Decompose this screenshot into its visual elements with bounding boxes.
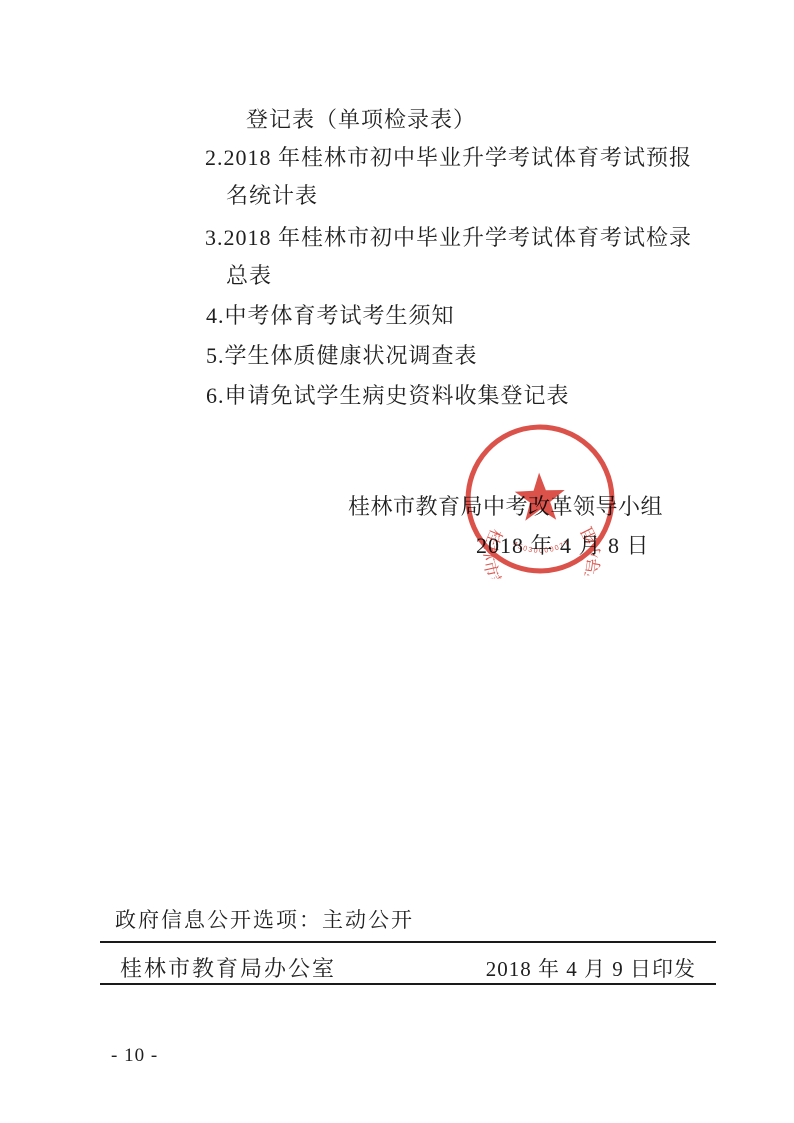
footer-rule-bottom (100, 983, 716, 985)
attachment-item-4: 4.中考体育考试考生须知 (206, 303, 455, 329)
seal-code: 45030000077 (511, 538, 572, 556)
disclosure-option-line: 政府信息公开选项：主动公开 (115, 904, 414, 934)
attachment-item-5: 5.学生体质健康状况调查表 (206, 343, 478, 369)
attachment-item-2: 2.2018 年桂林市初中毕业升学考试体育考试预报 (205, 145, 692, 171)
footer-rule-top (100, 941, 716, 943)
attachment-item-2-wrap: 名统计表 (226, 183, 318, 209)
document-page: 登记表（单项检录表） 2.2018 年桂林市初中毕业升学考试体育考试预报 名统计… (0, 0, 794, 1123)
seal-star-icon (514, 472, 566, 521)
attachment-item-3: 3.2018 年桂林市初中毕业升学考试体育考试检录 (205, 225, 692, 251)
official-seal-icon: 桂林市教育局中考改革领导小组 45030000077 (459, 418, 620, 579)
attachment-item-3-wrap: 总表 (226, 263, 272, 289)
attachment-line-wrap: 登记表（单项检录表） (246, 107, 476, 133)
attachment-item-6: 6.申请免试学生病史资料收集登记表 (206, 383, 570, 409)
print-date: 2018 年 4 月 9 日印发 (486, 953, 696, 983)
page-number: - 10 - (111, 1045, 158, 1067)
issuing-office: 桂林市教育局办公室 (120, 952, 336, 983)
